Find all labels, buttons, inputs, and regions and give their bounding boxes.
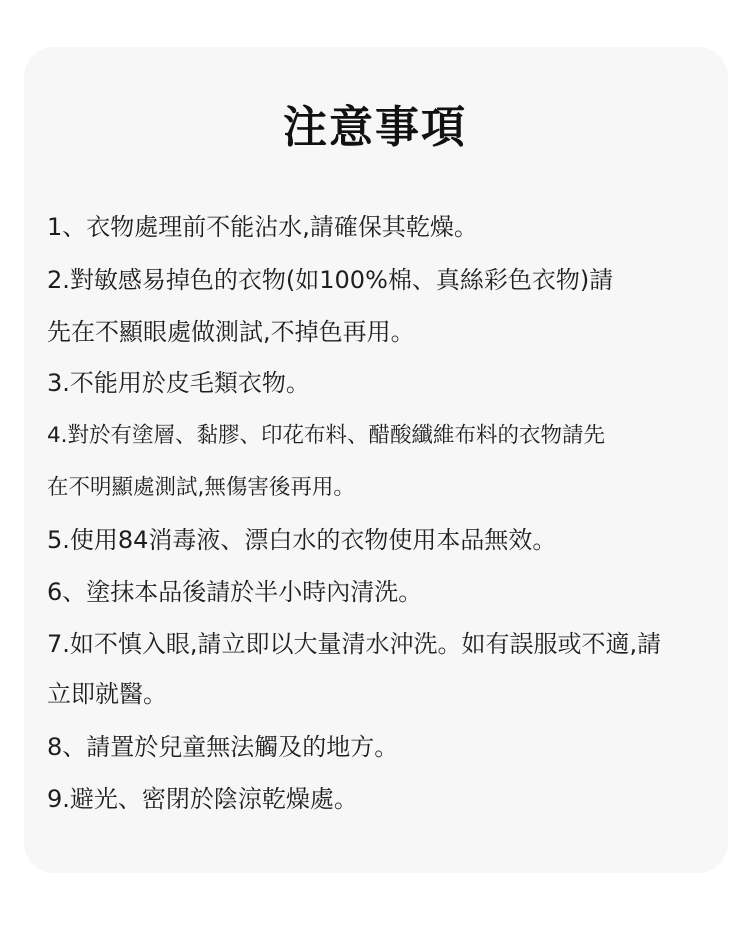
note-1-line-1: 1、衣物處理前不能沾水,請確保其乾燥。 xyxy=(47,210,478,244)
note-4-line-1: 4.對於有塗層、黏膠、印花布料、醋酸纖維布料的衣物請先 xyxy=(47,419,605,453)
note-3-line-1: 3.不能用於皮毛類衣物。 xyxy=(47,366,310,400)
note-7-line-1: 7.如不慎入眼,請立即以大量清水沖洗。如有誤服或不適,請 xyxy=(47,627,661,661)
note-8-line-1: 8、請置於兒童無法觸及的地方。 xyxy=(47,730,398,764)
note-7-line-2: 立即就醫。 xyxy=(47,677,167,711)
page-title: 注意事項 xyxy=(0,98,750,158)
note-2-line-2: 先在不顯眼處做測試,不掉色再用。 xyxy=(47,315,415,349)
note-5-line-1: 5.使用84消毒液、漂白水的衣物使用本品無效。 xyxy=(47,523,556,557)
note-4-line-2: 在不明顯處測試,無傷害後再用。 xyxy=(47,471,355,505)
note-6-line-1: 6、塗抹本品後請於半小時內清洗。 xyxy=(47,575,422,609)
note-2-line-1: 2.對敏感易掉色的衣物(如100%棉、真絲彩色衣物)請 xyxy=(47,263,613,297)
note-9-line-1: 9.避光、密閉於陰涼乾燥處。 xyxy=(47,782,358,816)
